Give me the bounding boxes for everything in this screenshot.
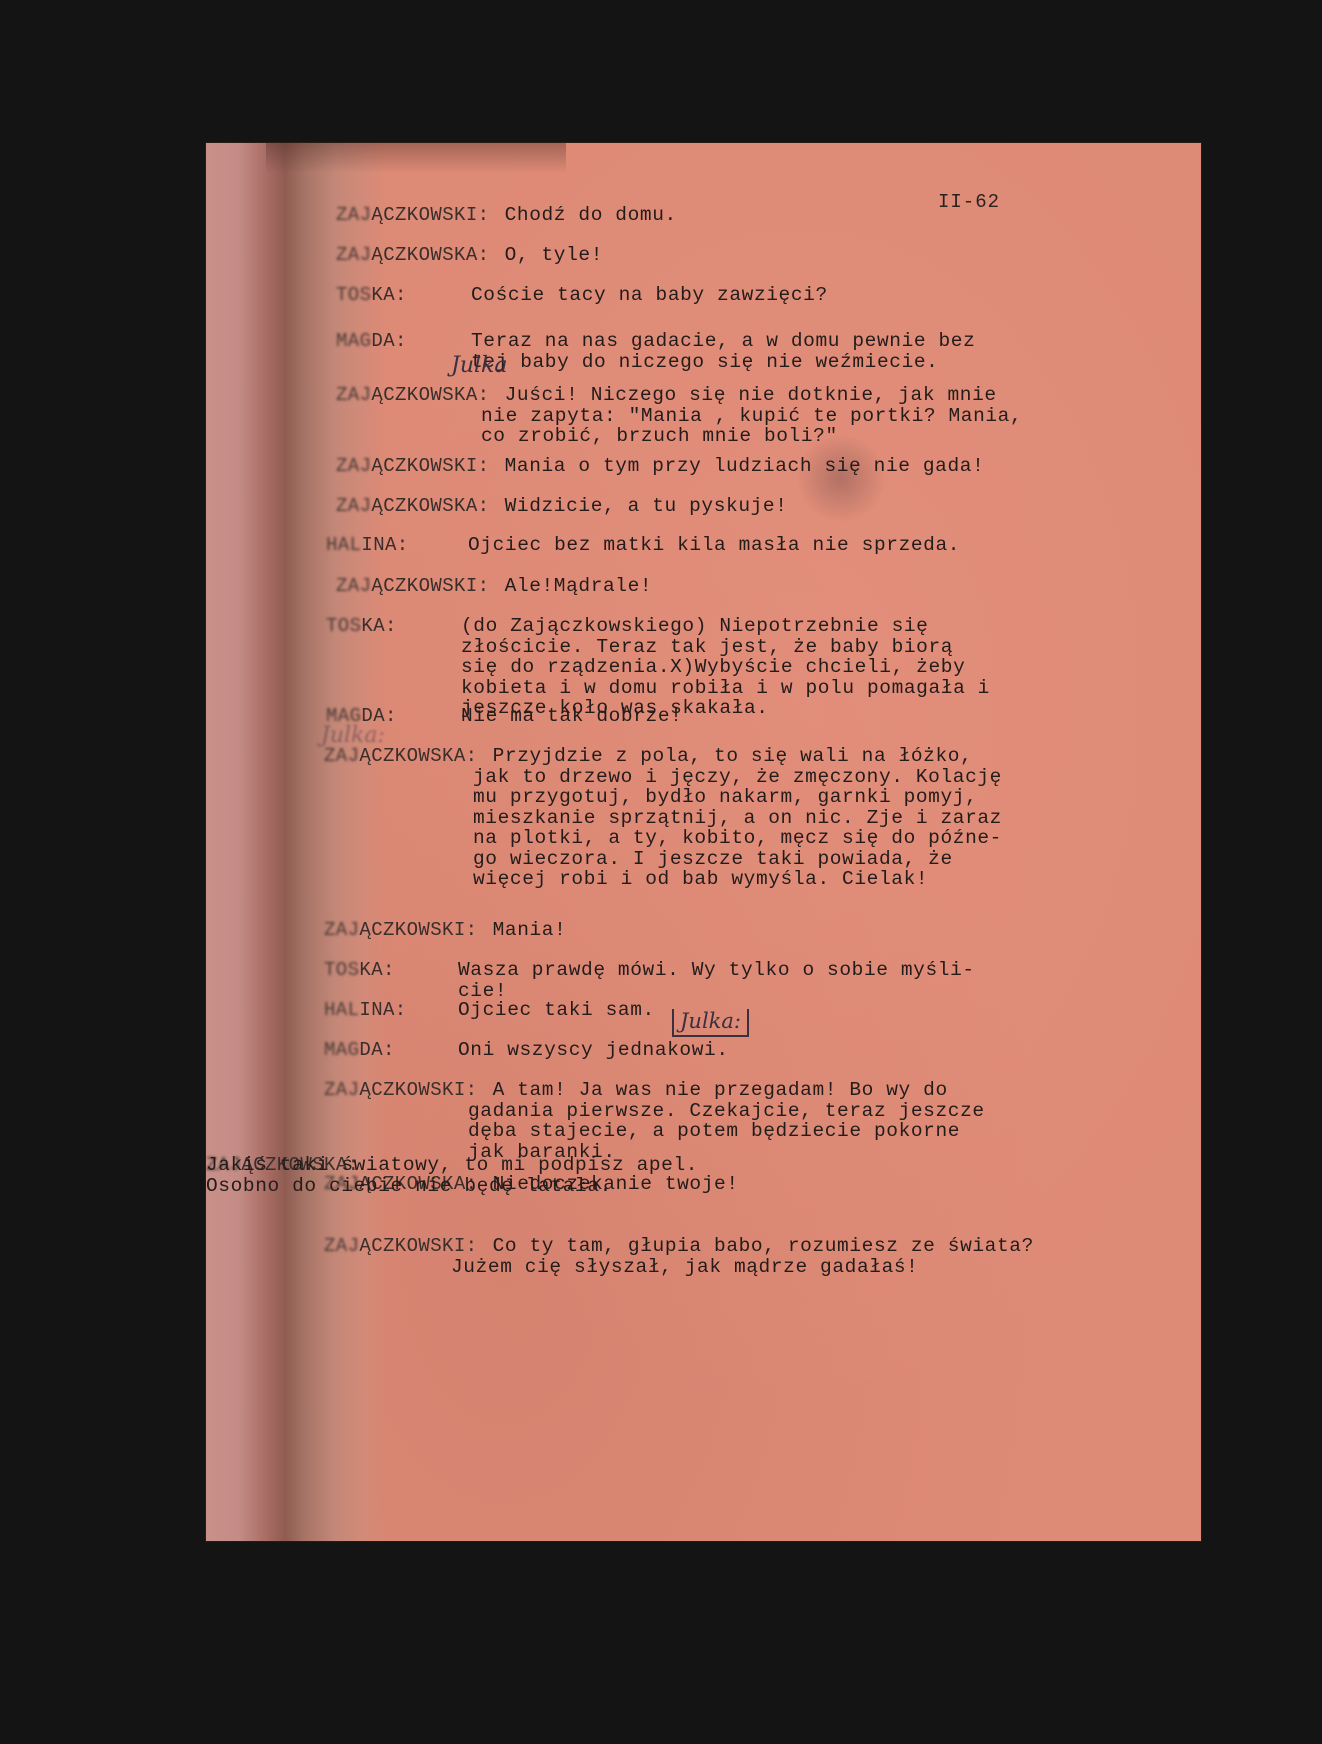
dialog-line: Ale!Mądrale! xyxy=(505,576,653,596)
dialog-line: Przyjdzie z pola, to się wali na łóżko, xyxy=(493,746,973,766)
dialog-line: go wieczora. I jeszcze taki powiada, że xyxy=(473,849,953,869)
speaker-label: ZAJĄCZKOWSKA: xyxy=(336,385,489,405)
dialog-line: Chodź do domu. xyxy=(505,205,677,225)
dialog-line: cie! xyxy=(458,981,507,1001)
dialog-line: A tam! Ja was nie przegadam! Bo wy do xyxy=(493,1080,948,1100)
speaker-label: ZAJĄCZKOWSKA: xyxy=(336,496,489,516)
dialog-line: Mania o tym przy ludziach się nie gada! xyxy=(505,456,985,476)
dialog-line: Ojciec bez matki kila masła nie sprzeda. xyxy=(468,535,960,555)
dialog-line: Wasza prawdę mówi. Wy tylko o sobie myśl… xyxy=(458,960,975,980)
dialog-line: Nie ma tak dobrze! xyxy=(461,706,682,726)
dialog-line: Juści! Niczego się nie dotknie, jak mnie xyxy=(505,385,997,405)
dialog-line: mieszkanie sprzątnij, a on nic. Zje i za… xyxy=(473,808,1002,828)
dialog-line: dęba stajecie, a potem będziecie pokorne xyxy=(468,1121,960,1141)
dialog-line: więcej robi i od bab wymyśla. Cielak! xyxy=(473,869,928,889)
dialog-script: ZAJĄCZKOWSKI:Chodź do domu.ZAJĄCZKOWSKA:… xyxy=(206,143,1201,1541)
dialog-line: Mania! xyxy=(493,920,567,940)
dialog-line: złościcie. Teraz tak jest, że baby biorą xyxy=(461,637,953,657)
dialog-line: Coście tacy na baby zawzięci? xyxy=(471,285,828,305)
dialog-line: Co ty tam, głupia babo, rozumiesz ze świ… xyxy=(493,1236,1034,1256)
speaker-label: ZAJĄCZKOWSKA: xyxy=(324,746,477,766)
margin-note-handwritten-faint: Julka: xyxy=(321,723,385,748)
dialog-line: Teraz na nas gadacie, a w domu pewnie be… xyxy=(471,331,975,351)
dialog-line: na plotki, a ty, kobito, męcz się do póź… xyxy=(473,828,1002,848)
speaker-label: TOSKA: xyxy=(324,960,395,980)
dialog-line: Oni wszyscy jednakowi. xyxy=(458,1040,729,1060)
speaker-label: HALINA: xyxy=(324,1000,407,1020)
dialog-line: O, tyle! xyxy=(505,245,603,265)
speaker-label: ZAJĄCZKOWSKI: xyxy=(324,1236,477,1256)
typescript-page: II-62 ZAJĄCZKOWSKI:Chodź do domu.ZAJĄCZK… xyxy=(206,143,1201,1541)
dialog-line: tej baby do niczego się nie weźmiecie. xyxy=(471,352,938,372)
speaker-label: TOSKA: xyxy=(326,616,397,636)
speaker-label: ZAJĄCZKOWSKI: xyxy=(336,456,489,476)
speaker-label: ZAJĄCZKOWSKI: xyxy=(324,1080,477,1100)
dialog-line: co zrobić, brzuch mnie boli?" xyxy=(481,426,838,446)
dialog-line: gadania pierwsze. Czekajcie, teraz jeszc… xyxy=(468,1101,985,1121)
speaker-label: ZAJĄCZKOWSKI: xyxy=(336,205,489,225)
dialog-line: Ojciec taki sam. xyxy=(458,1000,655,1020)
speaker-label: HALINA: xyxy=(326,535,409,555)
dialog-line: mu przygotuj, bydło nakarm, garnki pomyj… xyxy=(473,787,977,807)
dialog-line: (do Zajączkowskiego) Niepotrzebnie się xyxy=(461,616,928,636)
inserted-note-handwritten: Julka: xyxy=(672,1009,749,1037)
dialog-line: jak to drzewo i jęczy, że zmęczony. Kola… xyxy=(473,767,1002,787)
speaker-label: TOSKA: xyxy=(336,285,407,305)
dialog-line: Osobno do ciebie nie będę latała. xyxy=(206,1176,612,1196)
dialog-line: się do rządzenia.X)Wybyście chcieli, żeb… xyxy=(461,657,965,677)
margin-note-handwritten: Julka xyxy=(451,353,507,378)
speaker-label: ZAJĄCZKOWSKI: xyxy=(336,576,489,596)
dialog-line: Jakiś taki światowy, to mi podpisz apel. xyxy=(206,1155,698,1175)
dialog-line: nie zapyta: "Mania , kupić te portki? Ma… xyxy=(481,406,1022,426)
dialog-line: Jużem cię słyszał, jak mądrze gadałaś! xyxy=(451,1257,918,1277)
speaker-label: ZAJĄCZKOWSKA: xyxy=(336,245,489,265)
speaker-label: ZAJĄCZKOWSKI: xyxy=(324,920,477,940)
dialog-line: kobieta i w domu robiła i w polu pomagał… xyxy=(461,678,990,698)
dialog-line: Widzicie, a tu pyskuje! xyxy=(505,496,788,516)
speaker-label: MAGDA: xyxy=(336,331,407,351)
speaker-label: MAGDA: xyxy=(324,1040,395,1060)
